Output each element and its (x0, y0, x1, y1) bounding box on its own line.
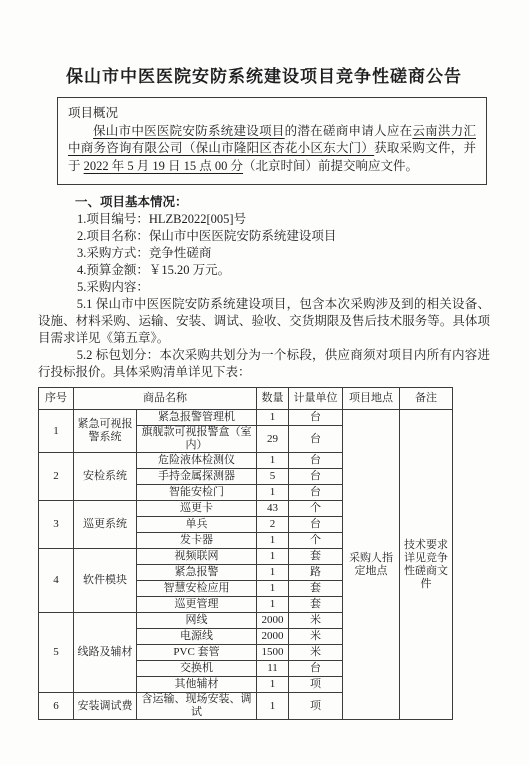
overview-paragraph: 保山市中医医院安防系统建设项目的潜在磋商申请人应在云南洪力汇中商务咨询有限公司（… (68, 123, 476, 176)
category-cell: 线路及辅材 (74, 613, 137, 693)
qty-cell: 43 (257, 501, 289, 517)
item-name-cell: 旗舰款可视报警盒（室内） (137, 426, 257, 453)
item-name-cell: PVC 套管 (137, 645, 257, 661)
row-no-cell: 4 (39, 549, 74, 613)
unit-cell: 项 (289, 693, 343, 720)
qty-cell: 1 (257, 549, 289, 565)
qty-cell: 1 (257, 565, 289, 581)
remark-cell: 技术要求详见竞争性磋商文件 (400, 410, 453, 720)
item-name-cell: 智慧安检应用 (137, 581, 257, 597)
content-label-line: 5.采购内容： (38, 279, 490, 296)
item-name-cell: 交换机 (137, 661, 257, 677)
unit-cell: 套 (289, 597, 343, 613)
qty-cell: 1 (257, 533, 289, 549)
project-name-line: 2.项目名称：保山市中医医院安防系统建设项目 (38, 228, 490, 245)
qty-cell: 1 (257, 410, 289, 426)
item-name-cell: 手持金属探测器 (137, 469, 257, 485)
unit-cell: 台 (289, 469, 343, 485)
unit-cell: 米 (289, 613, 343, 629)
row-no-cell: 6 (39, 693, 74, 720)
item-name-cell: 紧急报警管理机 (137, 410, 257, 426)
unit-cell: 台 (289, 661, 343, 677)
qty-cell: 2000 (257, 613, 289, 629)
header-product-name: 商品名称 (74, 388, 257, 410)
qty-cell: 1 (257, 693, 289, 720)
paragraph-5-1: 5.1 保山市中医医院安防系统建设项目，包含本次采购涉及到的相关设备、设施、材料… (38, 296, 490, 347)
header-unit: 计量单位 (289, 388, 343, 410)
qty-cell: 1 (257, 677, 289, 693)
qty-cell: 1 (257, 597, 289, 613)
section-heading: 一、项目基本情况： (38, 194, 490, 211)
unit-cell: 台 (289, 485, 343, 501)
budget-line: 4.预算金额：￥15.20 万元。 (38, 262, 490, 279)
item-name-cell: 视频联网 (137, 549, 257, 565)
qty-cell: 11 (257, 661, 289, 677)
header-remark: 备注 (400, 388, 453, 410)
unit-cell: 套 (289, 581, 343, 597)
unit-cell: 米 (289, 629, 343, 645)
category-cell: 安装调试费 (74, 693, 137, 720)
item-name-cell: 电源线 (137, 629, 257, 645)
project-number-line: 1.项目编号：HLZB2022[005]号 (38, 211, 490, 228)
location-cell: 采购人指定地点 (343, 410, 400, 720)
item-name-cell: 网线 (137, 613, 257, 629)
qty-cell: 2000 (257, 629, 289, 645)
unit-cell: 台 (289, 410, 343, 426)
document-page: 保山市中医医院安防系统建设项目竞争性磋商公告 项目概况 保山市中医医院安防系统建… (0, 0, 529, 765)
qty-cell: 29 (257, 426, 289, 453)
overview-label: 项目概况 (68, 105, 476, 123)
item-name-cell: 含运输、现场安装、调试 (137, 693, 257, 720)
paragraph-5-2: 5.2 标包划分：本次采购共划分为一个标段，供应商须对项目内所有内容进行投标报价… (38, 347, 490, 381)
unit-cell: 个 (289, 501, 343, 517)
procurement-table: 序号 商品名称 数量 计量单位 项目地点 备注 1 紧急可视报警系统 紧急报警管… (38, 387, 453, 720)
unit-cell: 套 (289, 549, 343, 565)
header-serial: 序号 (39, 388, 74, 410)
category-cell: 巡更系统 (74, 501, 137, 549)
category-cell: 紧急可视报警系统 (74, 410, 137, 453)
project-name-underlined: 保山市中医医院安防系统建设项目 (93, 124, 285, 138)
overview-text-1: 的潜在磋商申请人应在 (285, 124, 413, 138)
item-name-cell: 紧急报警 (137, 565, 257, 581)
unit-cell: 个 (289, 533, 343, 549)
item-name-cell: 危险液体检测仪 (137, 453, 257, 469)
qty-cell: 5 (257, 469, 289, 485)
qty-cell: 2 (257, 517, 289, 533)
qty-cell: 1 (257, 485, 289, 501)
unit-cell: 台 (289, 453, 343, 469)
deadline-underlined: 2022 年 5 月 19 日 15 点 00 分 (84, 159, 243, 173)
unit-cell: 台 (289, 517, 343, 533)
row-no-cell: 2 (39, 453, 74, 501)
row-no-cell: 5 (39, 613, 74, 693)
row-no-cell: 1 (39, 410, 74, 453)
qty-cell: 1500 (257, 645, 289, 661)
qty-cell: 1 (257, 453, 289, 469)
item-name-cell: 单兵 (137, 517, 257, 533)
item-name-cell: 发卡器 (137, 533, 257, 549)
overview-text-3: （北京时间）前提交响应文件。 (243, 159, 418, 173)
item-name-cell: 巡更卡 (137, 501, 257, 517)
item-name-cell: 其他辅材 (137, 677, 257, 693)
page-title: 保山市中医医院安防系统建设项目竞争性磋商公告 (38, 66, 490, 88)
unit-cell: 台 (289, 426, 343, 453)
table-header-row: 序号 商品名称 数量 计量单位 项目地点 备注 (39, 388, 453, 410)
header-quantity: 数量 (257, 388, 289, 410)
unit-cell: 路 (289, 565, 343, 581)
item-name-cell: 巡更管理 (137, 597, 257, 613)
row-no-cell: 3 (39, 501, 74, 549)
unit-cell: 米 (289, 645, 343, 661)
qty-cell: 1 (257, 581, 289, 597)
procurement-method-line: 3.采购方式：竞争性磋商 (38, 245, 490, 262)
table-row: 1 紧急可视报警系统 紧急报警管理机 1 台 采购人指定地点 技术要求详见竞争性… (39, 410, 453, 426)
category-cell: 安检系统 (74, 453, 137, 501)
unit-cell: 项 (289, 677, 343, 693)
project-overview-box: 项目概况 保山市中医医院安防系统建设项目的潜在磋商申请人应在云南洪力汇中商务咨询… (57, 97, 487, 185)
item-name-cell: 智能安检门 (137, 485, 257, 501)
category-cell: 软件模块 (74, 549, 137, 613)
header-location: 项目地点 (343, 388, 400, 410)
